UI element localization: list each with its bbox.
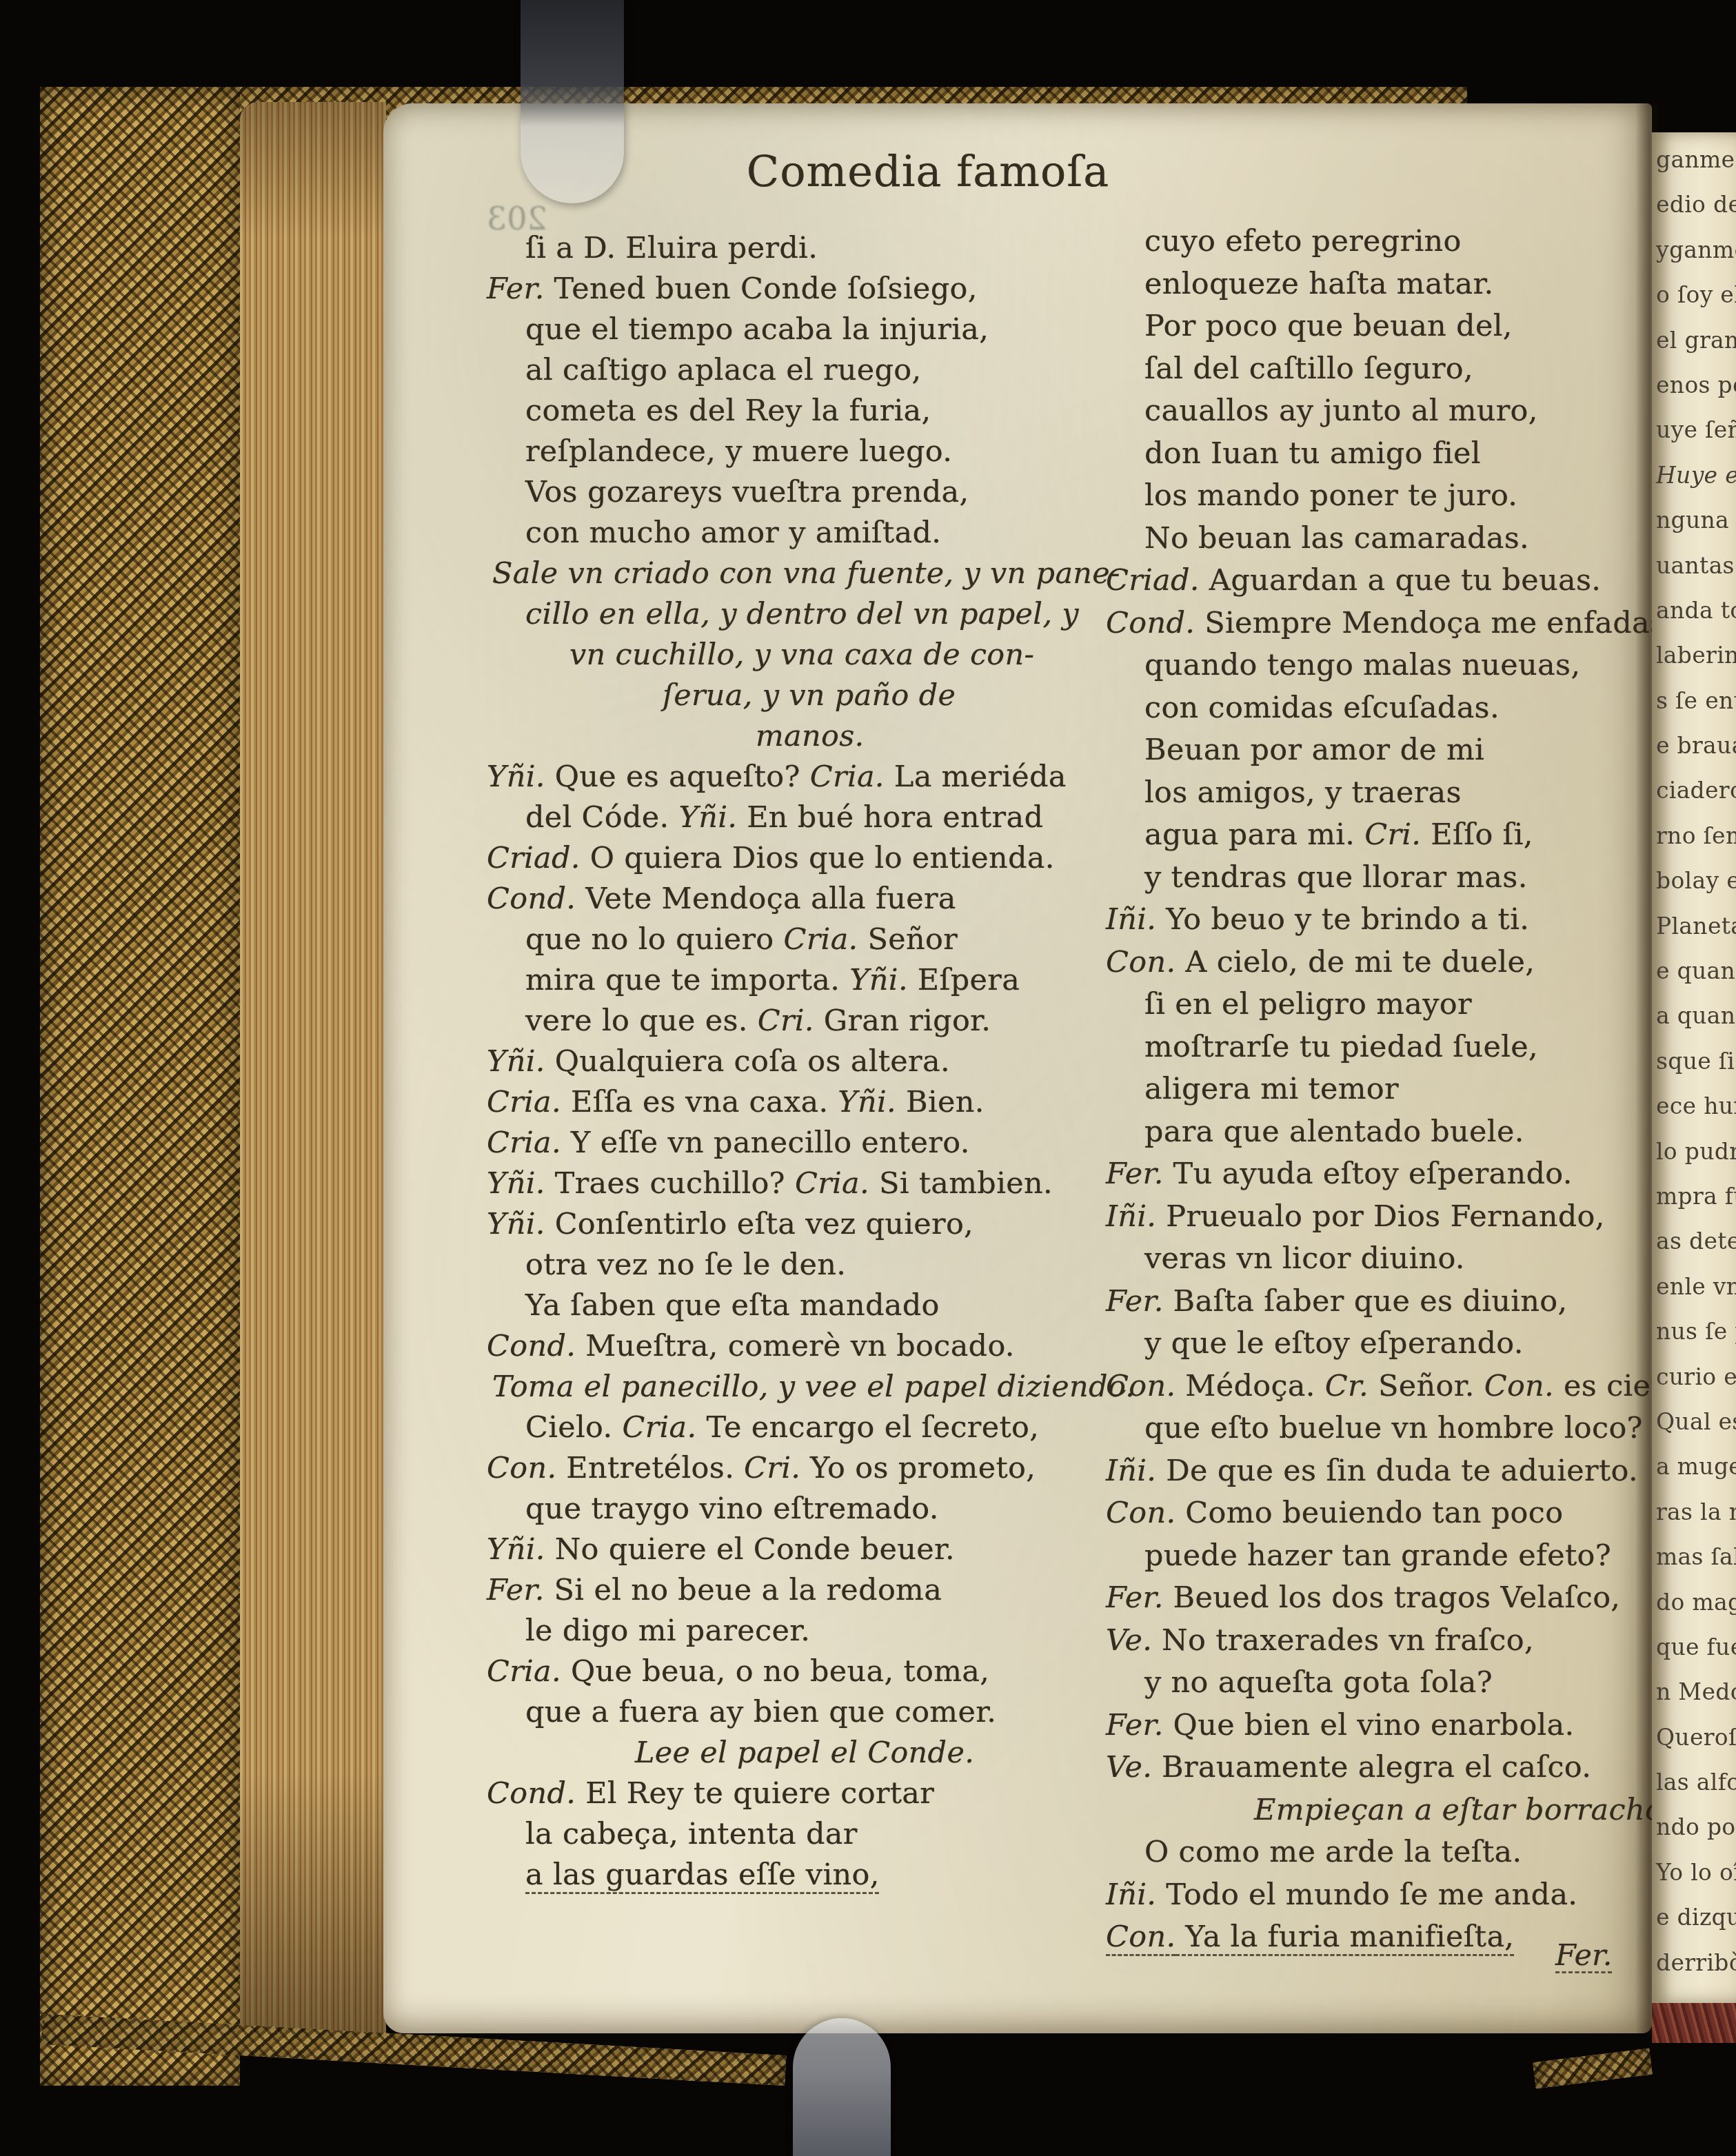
verse-text: O quiera Dios que lo entienda. bbox=[581, 841, 1055, 875]
verse-line: Fer. Si el no beue a la redoma bbox=[487, 1573, 1142, 1614]
verse-text: Yo os prometo, bbox=[800, 1451, 1036, 1485]
verse-text: Que beua, o no beua, toma, bbox=[561, 1654, 989, 1689]
verse-text: No quiere el Conde beuer. bbox=[545, 1532, 955, 1567]
next-page-text-fragment: Huye el Conde bbox=[1656, 462, 1736, 507]
next-page-text-fragment: Queroſe que bbox=[1656, 1724, 1736, 1769]
book-strap-top bbox=[521, 0, 624, 203]
verse-text: y no aqueſta gota ſola? bbox=[1144, 1665, 1493, 1700]
next-page-text-fragment: ganme vna bbox=[1656, 146, 1736, 191]
verse-text: En bué hora entrad bbox=[737, 800, 1043, 835]
verse-text: que traygo vino eſtremado. bbox=[525, 1492, 939, 1526]
verse-line: ſi a D. Eluira perdi. bbox=[525, 231, 1142, 272]
stage-direction-line: Toma el panecillo, y vee el papel dizien… bbox=[492, 1370, 1142, 1410]
next-page-text-fragment: bolay en el bbox=[1656, 867, 1736, 912]
speaker-abbreviation: Cond. bbox=[1106, 606, 1195, 640]
verse-text: Cielo. bbox=[525, 1410, 622, 1445]
speaker-abbreviation: Yñi. bbox=[487, 1044, 545, 1079]
verse-line: y no aqueſta gota ſola? bbox=[1144, 1665, 1657, 1708]
speaker-abbreviation: Fer. bbox=[1106, 1580, 1164, 1615]
verse-text: le digo mi parecer. bbox=[525, 1614, 810, 1648]
verse-text: No traxerades vn fraſco, bbox=[1152, 1623, 1534, 1658]
speaker-abbreviation: Lee el papel el Conde. bbox=[635, 1736, 974, 1770]
next-page-text-fragment: que fue lo q bbox=[1656, 1634, 1736, 1678]
verse-text: No beuan las camaradas. bbox=[1144, 521, 1529, 556]
speaker-abbreviation: vn cuchillo, y vna caxa de con- bbox=[569, 638, 1034, 672]
text-column-right: cuyo efeto peregrinoenloqueze haſta mata… bbox=[1106, 224, 1657, 1962]
speaker-abbreviation: Ve. bbox=[1106, 1623, 1152, 1658]
verse-text: Y eſſe vn panecillo entero. bbox=[561, 1126, 970, 1160]
verse-line: aligera mi temor bbox=[1144, 1072, 1657, 1115]
verse-line: Fer. Tened buen Conde ſoſsiego, bbox=[487, 272, 1142, 312]
speaker-abbreviation: Fer. bbox=[1106, 1708, 1164, 1742]
speaker-abbreviation: Cri. bbox=[758, 1004, 814, 1038]
verse-text: cometa es del Rey la furia, bbox=[525, 394, 931, 428]
verse-text: ſi en el peligro mayor bbox=[1144, 987, 1472, 1021]
speaker-abbreviation: manos. bbox=[756, 719, 865, 753]
verse-line: Yñi. Traes cuchillo? Cria. Si tambien. bbox=[487, 1166, 1142, 1207]
verse-text: agua para mi. bbox=[1144, 817, 1364, 852]
verse-text: moſtrarſe tu piedad ſuele, bbox=[1144, 1030, 1538, 1064]
verse-text: del Códe. bbox=[525, 800, 679, 835]
speaker-abbreviation: Fer. bbox=[1106, 1284, 1164, 1319]
speaker-abbreviation: Cr. bbox=[1325, 1369, 1369, 1403]
next-page-text-fragment: a quantos ſe bbox=[1656, 1002, 1736, 1047]
stage-direction-line: Lee el papel el Conde. bbox=[635, 1736, 1142, 1776]
verse-line: puede hazer tan grande efeto? bbox=[1144, 1538, 1657, 1581]
verse-line: Iñi. De que es ſin duda te aduierto. bbox=[1106, 1454, 1657, 1496]
verse-text: Todo el mundo ſe me anda. bbox=[1156, 1878, 1577, 1912]
verse-line: O como me arde la teſta. bbox=[1144, 1835, 1657, 1878]
verse-text: mira que te importa. bbox=[525, 963, 849, 997]
verse-line: Cria. Que beua, o no beua, toma, bbox=[487, 1654, 1142, 1695]
speaker-abbreviation: Cond. bbox=[487, 1776, 576, 1811]
next-page-text-fragment: ece humedad bbox=[1656, 1092, 1736, 1137]
gilt-bottom-edge-right bbox=[1533, 2048, 1652, 2088]
next-page-text-fragment: uantas miro bbox=[1656, 552, 1736, 597]
verse-text: que no lo quiero bbox=[525, 922, 784, 957]
verse-text: Como beuiendo tan poco bbox=[1175, 1496, 1563, 1530]
speaker-abbreviation: Fer. bbox=[487, 1573, 545, 1607]
next-page-marbled-corner bbox=[1652, 2003, 1736, 2043]
verse-text: Ya ſaben que eſta mandado bbox=[525, 1288, 940, 1323]
next-page-text-fragment: las alforjas bbox=[1656, 1769, 1736, 1813]
speaker-abbreviation: Toma el panecillo, y vee el papel dizien… bbox=[492, 1370, 1135, 1404]
verse-line: mira que te importa. Yñi. Eſpera bbox=[525, 963, 1142, 1004]
verse-text: Beuan por amor de mi bbox=[1144, 733, 1484, 767]
speaker-abbreviation: Con. bbox=[487, 1451, 556, 1485]
next-page-text-fragment: Qual es mas fi bbox=[1656, 1408, 1736, 1453]
next-page-text-fragment: ras la muger bbox=[1656, 1498, 1736, 1543]
next-page-text-fragment: mas ſabroſo bbox=[1656, 1543, 1736, 1588]
verse-line: Yñi. No quiere el Conde beuer. bbox=[487, 1532, 1142, 1573]
verse-text: Médoça. bbox=[1175, 1369, 1324, 1403]
next-page-text-fragment: rno ſembrar bbox=[1656, 822, 1736, 867]
next-page-text-fragment: laberinto pr bbox=[1656, 642, 1736, 687]
verse-line: Criad. Aguardan a que tu beuas. bbox=[1106, 563, 1657, 606]
verse-text: Por poco que beuan del, bbox=[1144, 309, 1513, 343]
verse-text: Te encargo el ſecreto, bbox=[696, 1410, 1039, 1445]
verse-text: ſi a D. Eluira perdi. bbox=[525, 231, 818, 265]
verse-line: que no lo quiero Cria. Señor bbox=[525, 922, 1142, 963]
verse-line: Cond. Vete Mendoça alla fuera bbox=[487, 882, 1142, 922]
verse-line: Yñi. Qualquiera coſa os altera. bbox=[487, 1044, 1142, 1085]
verse-text: Yo beuo y te brindo a ti. bbox=[1156, 902, 1529, 937]
verse-line: otra vez no ſe le den. bbox=[525, 1248, 1142, 1288]
verse-text: la cabeça, intenta dar bbox=[525, 1817, 858, 1851]
next-page-text-fragment: n Medoro al bbox=[1656, 1678, 1736, 1723]
verse-line: Iñi. Prueualo por Dios Fernando, bbox=[1106, 1199, 1657, 1242]
next-page-text-fragment: a muger. Fer bbox=[1656, 1453, 1736, 1498]
speaker-abbreviation: cillo en ella, y dentro del vn papel, y bbox=[525, 597, 1079, 631]
speaker-abbreviation: Fer. bbox=[1106, 1157, 1164, 1191]
speaker-abbreviation: Yñi. bbox=[487, 1207, 545, 1241]
speaker-abbreviation: Cria. bbox=[795, 1166, 869, 1201]
stage-direction-line: manos. bbox=[756, 719, 1142, 760]
speaker-abbreviation: Sale vn criado con vna fuente, y vn pane… bbox=[492, 556, 1120, 591]
verse-text: Traes cuchillo? bbox=[545, 1166, 795, 1201]
verse-text: Si el no beue a la redoma bbox=[545, 1573, 942, 1607]
verse-line: para que alentado buele. bbox=[1144, 1115, 1657, 1157]
verse-text: Eſpera bbox=[908, 963, 1020, 997]
speaker-abbreviation: Yñi. bbox=[838, 1085, 896, 1119]
speaker-abbreviation: Yñi. bbox=[487, 1532, 545, 1567]
verse-text: De que es ſin duda te aduierto. bbox=[1156, 1454, 1638, 1488]
verse-text: cuyo efeto peregrino bbox=[1144, 224, 1462, 258]
catchword: Fer. bbox=[1555, 1938, 1612, 1973]
speaker-abbreviation: Iñi. bbox=[1106, 902, 1156, 937]
verse-line: Con. Médoça. Cr. Señor. Con. es cierto bbox=[1106, 1369, 1657, 1412]
verse-text: Mueſtra, comerè vn bocado. bbox=[576, 1329, 1015, 1363]
speaker-abbreviation: Cria. bbox=[810, 760, 885, 794]
next-page-edge: ganme vnaedio deſta flyganme vn co ſoy e… bbox=[1652, 132, 1736, 2003]
speaker-abbreviation: Fer. bbox=[487, 272, 545, 306]
verse-line: reſplandece, y muere luego. bbox=[525, 434, 1142, 475]
verse-text: A cielo, de mi te duele, bbox=[1175, 945, 1535, 979]
speaker-abbreviation: Cria. bbox=[487, 1085, 561, 1119]
verse-text: Siempre Mendoça me enfadas, bbox=[1195, 606, 1675, 640]
stage-direction-line: ſerua, y vn paño de bbox=[663, 678, 1142, 719]
speaker-abbreviation: Cria. bbox=[784, 922, 858, 957]
stage-direction-line: Empieçan a eſtar borrachos. bbox=[1254, 1793, 1657, 1835]
next-page-text-fragment: Planetas han bbox=[1656, 913, 1736, 957]
book-strap-bottom bbox=[793, 2018, 891, 2156]
verse-text: Beued los dos tragos Velaſco, bbox=[1164, 1580, 1621, 1615]
verse-line: los amigos, y traeras bbox=[1144, 775, 1657, 818]
verse-text: Tu ayuda eſtoy eſperando. bbox=[1164, 1157, 1573, 1191]
verse-text: Prueualo por Dios Fernando, bbox=[1156, 1199, 1604, 1234]
verse-text: Bien. bbox=[896, 1085, 985, 1119]
verse-line: Ve. No traxerades vn fraſco, bbox=[1106, 1623, 1657, 1666]
next-page-text-fragment: edio deſta fl bbox=[1656, 191, 1736, 236]
speaker-abbreviation: Iñi. bbox=[1106, 1878, 1156, 1912]
verse-line: Cielo. Cria. Te encargo el ſecreto, bbox=[525, 1410, 1142, 1451]
speaker-abbreviation: Con. bbox=[1106, 1920, 1175, 1954]
verse-line: Fer. Baſta ſaber que es diuino, bbox=[1106, 1284, 1657, 1327]
verse-text: al caſtigo aplaca el ruego, bbox=[525, 353, 922, 387]
verse-text: Que es aqueſto? bbox=[545, 760, 810, 794]
verse-line: que a fuera ay bien que comer. bbox=[525, 1695, 1142, 1736]
verse-line: Fer. Beued los dos tragos Velaſco, bbox=[1106, 1580, 1657, 1623]
next-page-text-fragment: enos por mi bbox=[1656, 372, 1736, 416]
speaker-abbreviation: Cria. bbox=[487, 1126, 561, 1160]
verse-text: Vos gozareys vueſtra prenda, bbox=[525, 475, 969, 509]
verse-line: ſal del caſtillo ſeguro, bbox=[1144, 352, 1657, 394]
verse-line: y que le eſtoy eſperando. bbox=[1144, 1326, 1657, 1369]
verse-line: cauallos ay junto al muro, bbox=[1144, 394, 1657, 436]
stage-direction-line: cillo en ella, y dentro del vn papel, y bbox=[525, 597, 1142, 638]
verse-text: Entretélos. bbox=[556, 1451, 744, 1485]
speaker-abbreviation: Cri. bbox=[1364, 817, 1421, 852]
next-page-text-fragment: e brauamente bbox=[1656, 732, 1736, 777]
verse-line: con comidas eſcuſadas. bbox=[1144, 691, 1657, 733]
speaker-abbreviation: Con. bbox=[1106, 1369, 1175, 1403]
next-page-text-fragment: derribò la e bbox=[1656, 1949, 1736, 1994]
next-page-text-fragment: o ſoy el gran bbox=[1656, 281, 1736, 326]
verse-text: aligera mi temor bbox=[1144, 1072, 1399, 1106]
verse-line: ſi en el peligro mayor bbox=[1144, 987, 1657, 1030]
book-page: 203 Comedia famoſa ſi a D. Eluira perdi.… bbox=[383, 103, 1652, 2033]
verse-text: que a fuera ay bien que comer. bbox=[525, 1695, 996, 1729]
text-column-left: ſi a D. Eluira perdi.Fer. Tened buen Con… bbox=[487, 231, 1142, 1898]
next-page-text-fragment: as detenido bbox=[1656, 1228, 1736, 1272]
speaker-abbreviation: Yñi. bbox=[679, 800, 738, 835]
verse-text: La meriéda bbox=[885, 760, 1067, 794]
verse-line: Cond. Siempre Mendoça me enfadas, bbox=[1106, 606, 1657, 649]
verse-line: Cria. Y eſſe vn panecillo entero. bbox=[487, 1126, 1142, 1166]
verse-line: Con. Entretélos. Cri. Yo os prometo, bbox=[487, 1451, 1142, 1492]
speaker-abbreviation: Yñi. bbox=[487, 760, 545, 794]
verse-line: enloqueze haſta matar. bbox=[1144, 267, 1657, 309]
verse-text: El Rey te quiere cortar bbox=[576, 1776, 934, 1811]
verse-text: enloqueze haſta matar. bbox=[1144, 267, 1493, 301]
verse-text: con mucho amor y amiſtad. bbox=[525, 516, 941, 550]
next-page-text-fragment: lo pudre y bbox=[1656, 1138, 1736, 1183]
verse-line: del Códe. Yñi. En bué hora entrad bbox=[525, 800, 1142, 841]
verse-line: al caſtigo aplaca el ruego, bbox=[525, 353, 1142, 394]
verse-text: otra vez no ſe le den. bbox=[525, 1248, 846, 1282]
verse-line: moſtrarſe tu piedad ſuele, bbox=[1144, 1030, 1657, 1072]
verse-text: Que bien el vino enarbola. bbox=[1164, 1708, 1575, 1742]
verse-text: Gran rigor. bbox=[814, 1004, 991, 1038]
verse-text: veras vn licor diuino. bbox=[1144, 1241, 1465, 1276]
speaker-abbreviation: Cria. bbox=[487, 1654, 561, 1689]
verse-text: quando tengo malas nueuas, bbox=[1144, 648, 1580, 682]
verse-line: Ve. Brauamente alegra el caſco. bbox=[1106, 1750, 1657, 1793]
speaker-abbreviation: Iñi. bbox=[1106, 1199, 1156, 1234]
next-page-text-fragment: s ſe entra ma bbox=[1656, 687, 1736, 732]
next-page-text-fragment: enle vna m bbox=[1656, 1273, 1736, 1318]
verse-line: veras vn licor diuino. bbox=[1144, 1241, 1657, 1284]
speaker-abbreviation: Criad. bbox=[1106, 563, 1200, 598]
verse-line: Cria. Eſſa es vna caxa. Yñi. Bien. bbox=[487, 1085, 1142, 1126]
verse-line: Fer. Que bien el vino enarbola. bbox=[1106, 1708, 1657, 1751]
verse-line: Por poco que beuan del, bbox=[1144, 309, 1657, 352]
next-page-text-fragment: mpra fue flo bbox=[1656, 1183, 1736, 1228]
next-page-text-fragment: sque ſi a caſo bbox=[1656, 1048, 1736, 1092]
next-page-text-fragment: nguna coſa ef bbox=[1656, 507, 1736, 551]
speaker-abbreviation: Cria. bbox=[622, 1410, 696, 1445]
speaker-abbreviation: ſerua, y vn paño de bbox=[663, 678, 956, 713]
verse-text: los amigos, y traeras bbox=[1144, 775, 1462, 810]
verse-line: que el tiempo acaba la injuria, bbox=[525, 312, 1142, 353]
verse-line: vere lo que es. Cri. Gran rigor. bbox=[525, 1004, 1142, 1044]
running-title: Comedia famoſa bbox=[707, 146, 1149, 196]
verse-line: que traygo vino eſtremado. bbox=[525, 1492, 1142, 1532]
verse-text: Qualquiera coſa os altera. bbox=[545, 1044, 950, 1079]
next-page-text-fragment: anda todo r bbox=[1656, 597, 1736, 642]
verse-line: Ya ſaben que eſta mandado bbox=[525, 1288, 1142, 1329]
verse-line: Yñi. Que es aqueſto? Cria. La meriéda bbox=[487, 760, 1142, 800]
verse-line: Yñi. Conſentirlo eſta vez quiero, bbox=[487, 1207, 1142, 1248]
next-page-text-fragment: yganme vn c bbox=[1656, 236, 1736, 281]
verse-text: puede hazer tan grande efeto? bbox=[1144, 1538, 1611, 1573]
verse-text: Baſta ſaber que es diuino, bbox=[1164, 1284, 1568, 1319]
next-page-text-fragment: uye ſeñor. Co bbox=[1656, 416, 1736, 461]
verse-text: y que le eſtoy eſperando. bbox=[1144, 1326, 1524, 1361]
verse-line: don Iuan tu amigo fiel bbox=[1144, 436, 1657, 479]
verse-line: quando tengo malas nueuas, bbox=[1144, 648, 1657, 691]
verse-line: cometa es del Rey la furia, bbox=[525, 394, 1142, 434]
page-block-leaf-edges bbox=[240, 102, 386, 2044]
verse-text: Eſſo ſi, bbox=[1421, 817, 1533, 852]
verse-text: a las guardas eſſe vino, bbox=[525, 1858, 880, 1892]
verse-text: ſal del caſtillo ſeguro, bbox=[1144, 352, 1473, 386]
verse-line: Criad. O quiera Dios que lo entienda. bbox=[487, 841, 1142, 882]
next-page-text-fragment: do magro y bbox=[1656, 1589, 1736, 1634]
verse-line: Iñi. Yo beuo y te brindo a ti. bbox=[1106, 902, 1657, 945]
verse-line: que eſto buelue vn hombre loco? bbox=[1144, 1411, 1657, 1454]
speaker-abbreviation: Cond. bbox=[487, 1329, 576, 1363]
next-page-text-fragment: el gran Turc bbox=[1656, 327, 1736, 372]
verse-text: Aguardan a que tu beuas. bbox=[1200, 563, 1601, 598]
speaker-abbreviation: Cond. bbox=[487, 882, 576, 916]
verse-line: Iñi. Todo el mundo ſe me anda. bbox=[1106, 1878, 1657, 1920]
next-page-text-fragment: nus ſe pone bbox=[1656, 1318, 1736, 1363]
speaker-abbreviation: Yñi. bbox=[849, 963, 908, 997]
verse-text: Señor bbox=[858, 922, 958, 957]
speaker-abbreviation: Empieçan a eſtar borrachos. bbox=[1254, 1793, 1688, 1827]
verse-line: cuyo efeto peregrino bbox=[1144, 224, 1657, 267]
next-page-text-fragment: ciadero eſta bbox=[1656, 777, 1736, 822]
speaker-abbreviation: Con. bbox=[1484, 1369, 1554, 1403]
verse-line: No beuan las camaradas. bbox=[1144, 521, 1657, 564]
verse-line: Beuan por amor de mi bbox=[1144, 733, 1657, 775]
speaker-abbreviation: Iñi. bbox=[1106, 1454, 1156, 1488]
verse-line: Cond. Mueſtra, comerè vn bocado. bbox=[487, 1329, 1142, 1370]
next-page-text-fragment: ndo por Fr bbox=[1656, 1813, 1736, 1858]
speaker-abbreviation: Con. bbox=[1106, 1496, 1175, 1530]
verse-text: Conſentirlo eſta vez quiero, bbox=[545, 1207, 973, 1241]
gilt-fore-edge bbox=[40, 87, 240, 2086]
verse-text: que el tiempo acaba la injuria, bbox=[525, 312, 989, 347]
verse-text: Si tambien. bbox=[869, 1166, 1053, 1201]
verse-text: reſplandece, y muere luego. bbox=[525, 434, 952, 469]
verse-line: Con. Como beuiendo tan poco bbox=[1106, 1496, 1657, 1538]
verse-text: vere lo que es. bbox=[525, 1004, 758, 1038]
verse-text: y tendras que llorar mas. bbox=[1144, 860, 1528, 895]
verse-text: O como me arde la teſta. bbox=[1144, 1835, 1522, 1869]
book-photo: 203 Comedia famoſa ſi a D. Eluira perdi.… bbox=[0, 0, 1736, 2156]
stage-direction-line: vn cuchillo, y vna caxa de con- bbox=[569, 638, 1142, 678]
verse-line: Cond. El Rey te quiere cortar bbox=[487, 1776, 1142, 1817]
verse-line: Vos gozareys vueſtra prenda, bbox=[525, 475, 1142, 516]
next-page-text-fragment: curio es vn bbox=[1656, 1363, 1736, 1408]
verse-text: los mando poner te juro. bbox=[1144, 478, 1517, 513]
verse-line: la cabeça, intenta dar bbox=[525, 1817, 1142, 1858]
verse-text: cauallos ay junto al muro, bbox=[1144, 394, 1538, 428]
speaker-abbreviation: Yñi. bbox=[487, 1166, 545, 1201]
speaker-abbreviation: Con. bbox=[1106, 945, 1175, 979]
verse-text: Eſſa es vna caxa. bbox=[561, 1085, 838, 1119]
speaker-abbreviation: Cri. bbox=[744, 1451, 800, 1485]
stage-direction-line: Sale vn criado con vna fuente, y vn pane… bbox=[492, 556, 1142, 597]
verse-text: Ya la furia manifieſta, bbox=[1175, 1920, 1514, 1954]
next-page-text-fragment: Yo lo oî de o bbox=[1656, 1859, 1736, 1904]
verse-line: y tendras que llorar mas. bbox=[1144, 860, 1657, 903]
verse-line: Con. A cielo, de mi te duele, bbox=[1106, 945, 1657, 988]
speaker-abbreviation: Ve. bbox=[1106, 1750, 1152, 1784]
verse-text: que eſto buelue vn hombre loco? bbox=[1144, 1411, 1643, 1445]
verse-line: a las guardas eſſe vino, bbox=[525, 1858, 1142, 1898]
verse-text: don Iuan tu amigo fiel bbox=[1144, 436, 1481, 471]
verse-text: con comidas eſcuſadas. bbox=[1144, 691, 1500, 725]
verse-line: los mando poner te juro. bbox=[1144, 478, 1657, 521]
verse-text: Tened buen Conde ſoſsiego, bbox=[545, 272, 978, 306]
verse-line: Fer. Tu ayuda eſtoy eſperando. bbox=[1106, 1157, 1657, 1199]
next-page-text-fragment: e dizque e bbox=[1656, 1904, 1736, 1949]
next-page-text-fragment: e quando Ma bbox=[1656, 957, 1736, 1002]
verse-line: le digo mi parecer. bbox=[525, 1614, 1142, 1654]
verse-text: Señor. bbox=[1369, 1369, 1484, 1403]
verse-text: Brauamente alegra el caſco. bbox=[1152, 1750, 1591, 1784]
speaker-abbreviation: Criad. bbox=[487, 841, 581, 875]
verse-text: para que alentado buele. bbox=[1144, 1115, 1524, 1149]
verse-line: agua para mi. Cri. Eſſo ſi, bbox=[1144, 817, 1657, 860]
verse-text: Vete Mendoça alla fuera bbox=[576, 882, 956, 916]
verse-line: con mucho amor y amiſtad. bbox=[525, 516, 1142, 556]
